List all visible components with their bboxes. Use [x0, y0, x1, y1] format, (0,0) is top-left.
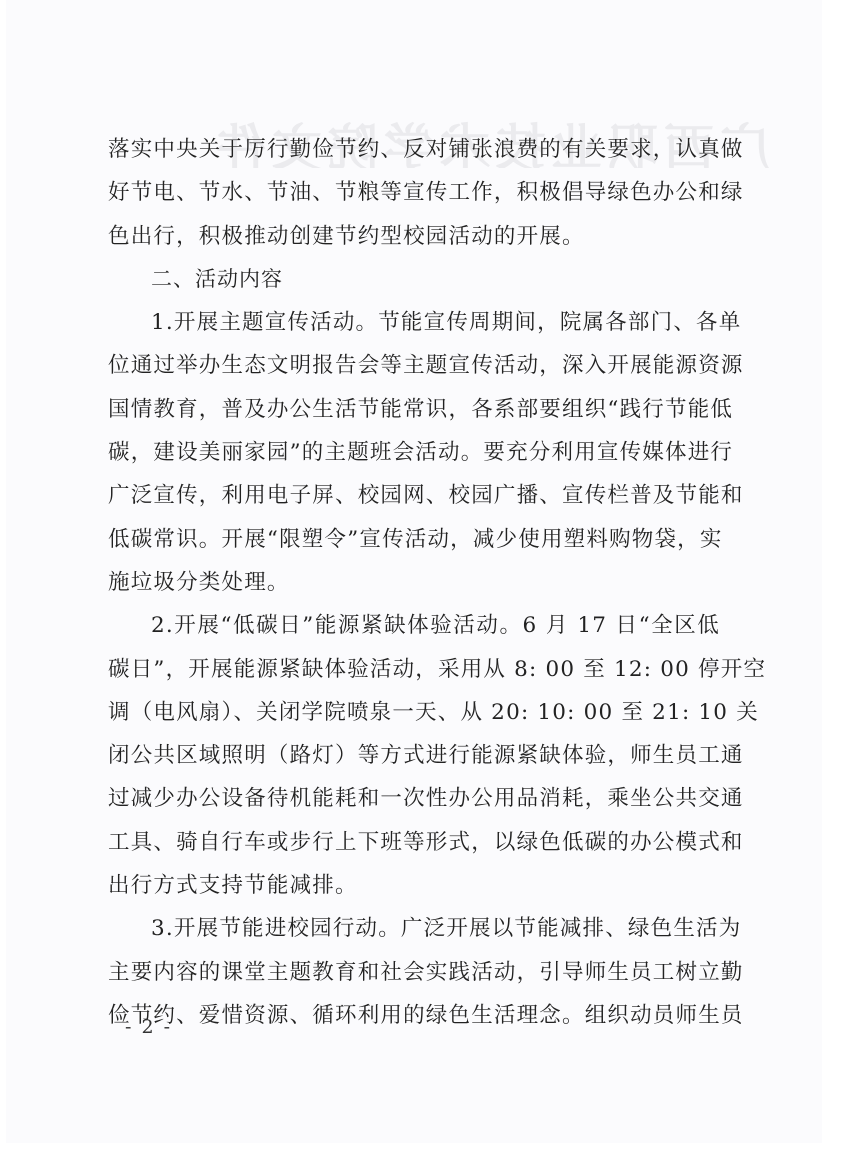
text-line: 1.开展主题宣传活动。节能宣传周期间，院属各部门、各单: [108, 301, 720, 344]
paragraph-item-1: 1.开展主题宣传活动。节能宣传周期间，院属各部门、各单 位通过举办生态文明报告会…: [108, 301, 720, 604]
paragraph-item-3: 3.开展节能进校园行动。广泛开展以节能减排、绿色生活为 主要内容的课堂主题教育和…: [108, 907, 720, 1037]
text-line: 闭公共区域照明（路灯）等方式进行能源紧缺体验，师生员工通: [108, 734, 720, 777]
text-line: 色出行，积极推动创建节约型校园活动的开展。: [108, 215, 720, 258]
text-line: 落实中央关于厉行勤俭节约、反对铺张浪费的有关要求，认真做: [108, 128, 720, 171]
text-line: 3.开展节能进校园行动。广泛开展以节能减排、绿色生活为: [108, 907, 720, 950]
section-heading: 二、活动内容: [108, 258, 720, 301]
page-number: - 2 -: [125, 1016, 172, 1038]
text-line: 主要内容的课堂主题教育和社会实践活动，引导师生员工树立勤: [108, 951, 720, 994]
text-line: 碳日”，开展能源紧缺体验活动，采用从 8: 00 至 12: 00 停开空: [108, 648, 720, 691]
text-line: 位通过举办生态文明报告会等主题宣传活动，深入开展能源资源: [108, 344, 720, 387]
text-line: 广泛宣传，利用电子屏、校园网、校园广播、宣传栏普及节能和: [108, 474, 720, 517]
heading-activity-content: 二、活动内容: [108, 258, 720, 301]
text-line: 工具、骑自行车或步行上下班等形式，以绿色低碳的办公模式和: [108, 821, 720, 864]
text-line: 2.开展“低碳日”能源紧缺体验活动。6 月 17 日“全区低: [108, 604, 720, 647]
text-line: 施垃圾分类处理。: [108, 561, 720, 604]
text-line: 出行方式支持节能减排。: [108, 864, 720, 907]
document-body: 落实中央关于厉行勤俭节约、反对铺张浪费的有关要求，认真做 好节电、节水、节油、节…: [108, 128, 720, 1037]
text-line: 俭节约、爱惜资源、循环利用的绿色生活理念。组织动员师生员: [108, 994, 720, 1037]
paragraph-item-2: 2.开展“低碳日”能源紧缺体验活动。6 月 17 日“全区低 碳日”，开展能源紧…: [108, 604, 720, 907]
paragraph-intro: 落实中央关于厉行勤俭节约、反对铺张浪费的有关要求，认真做 好节电、节水、节油、节…: [108, 128, 720, 258]
text-line: 低碳常识。开展“限塑令”宣传活动，减少使用塑料购物袋，实: [108, 518, 720, 561]
text-line: 调（电风扇）、关闭学院喷泉一天、从 20: 10: 00 至 21: 10 关: [108, 691, 720, 734]
text-line: 好节电、节水、节油、节粮等宣传工作，积极倡导绿色办公和绿: [108, 171, 720, 214]
text-line: 过减少办公设备待机能耗和一次性办公用品消耗，乘坐公共交通: [108, 777, 720, 820]
text-line: 国情教育，普及办公生活节能常识，各系部要组织“践行节能低: [108, 388, 720, 431]
text-line: 碳，建设美丽家园”的主题班会活动。要充分利用宣传媒体进行: [108, 431, 720, 474]
